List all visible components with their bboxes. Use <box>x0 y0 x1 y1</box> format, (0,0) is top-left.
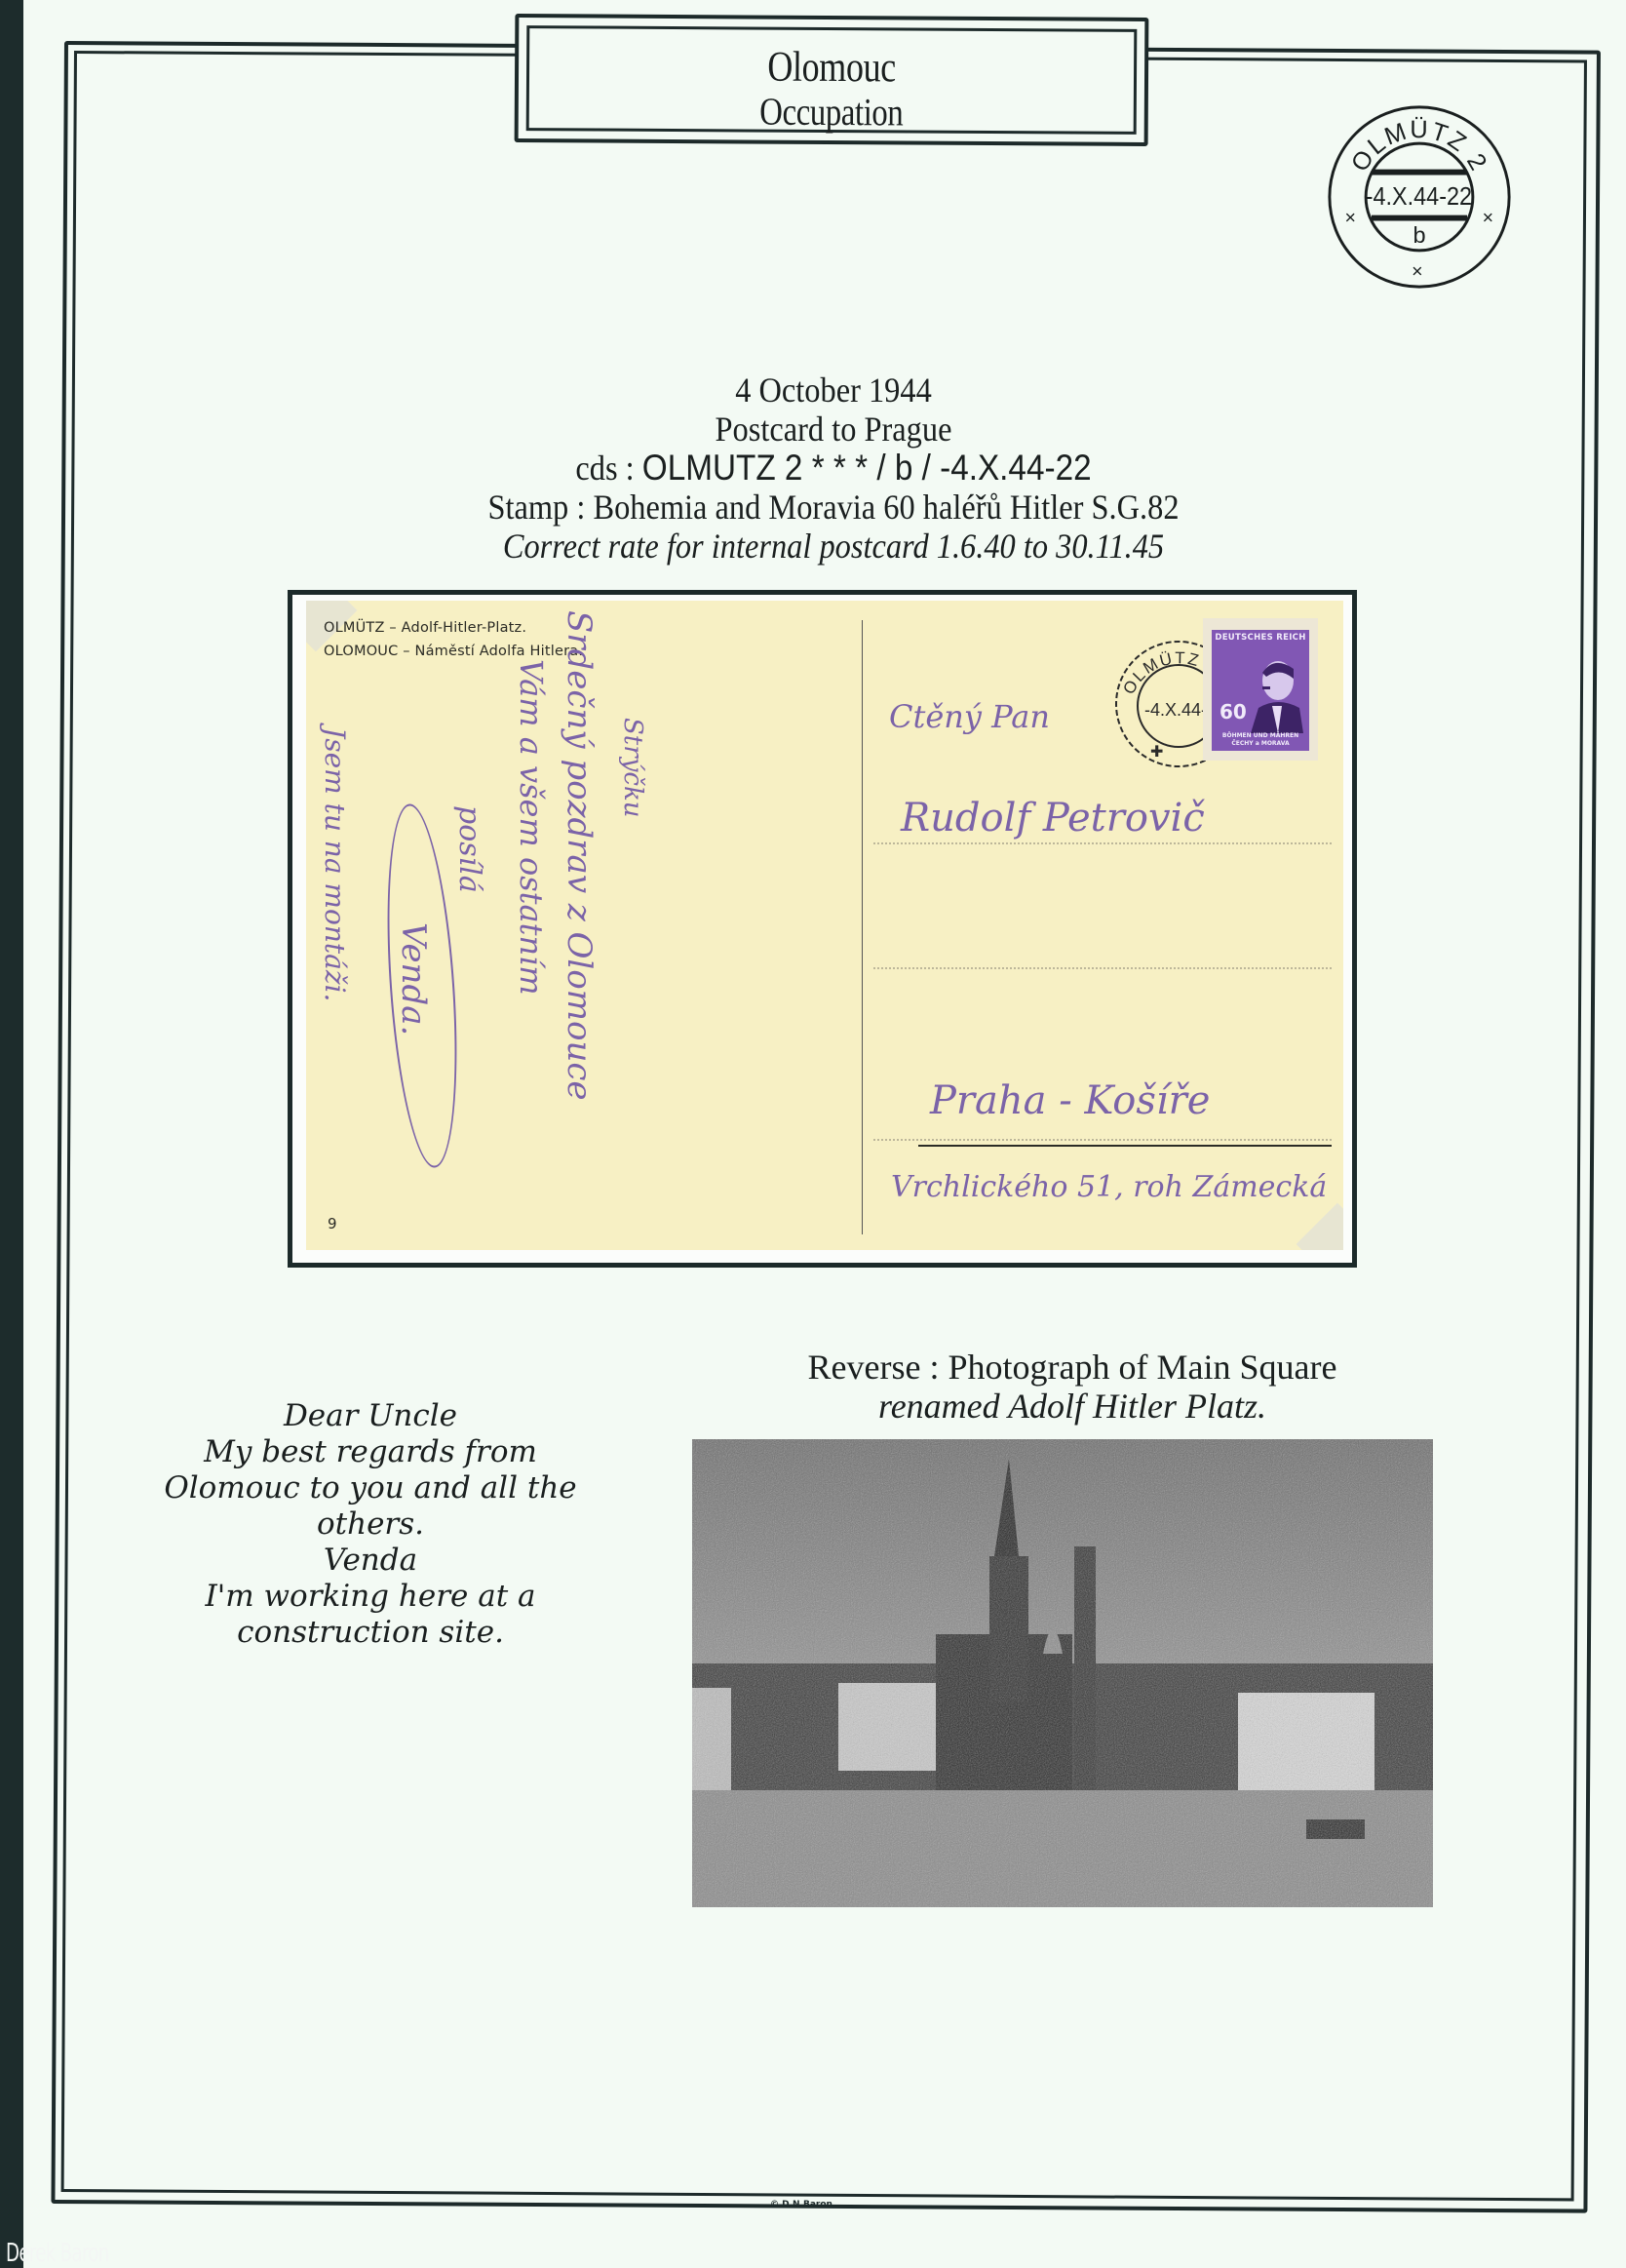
svg-text:×: × <box>1345 207 1356 228</box>
translation-line: Dear Uncle <box>97 1398 643 1434</box>
translation-line: Olomouc to you and all the <box>97 1470 643 1506</box>
translation-line: others. <box>97 1506 643 1543</box>
cover-date: 4 October 1944 <box>417 371 1251 410</box>
card-number: 9 <box>328 1215 337 1232</box>
postage-stamp: DEUTSCHES REICH 60 BÖHMEN UND MÄHREN ČEC… <box>1203 618 1318 761</box>
printed-caption-german: OLMÜTZ – Adolf-Hitler-Platz. <box>324 620 526 636</box>
address-salutation: Ctěný Pan <box>889 698 1050 735</box>
postmark-town: OLMÜTZ 2 <box>1346 116 1492 176</box>
postcard-mount: OLMÜTZ – Adolf-Hitler-Platz. OLOMOUC – N… <box>288 590 1357 1268</box>
cover-rate-note: Correct rate for internal postcard 1.6.4… <box>417 527 1251 566</box>
svg-text:×: × <box>1412 260 1422 282</box>
postmark-letter: b <box>1413 222 1425 248</box>
address-name: Rudolf Petrovič <box>901 796 1205 841</box>
title-box-inner: Olomouc Occupation <box>526 25 1138 135</box>
stamp-value: 60 <box>1219 700 1247 723</box>
address-city-underline <box>918 1145 1332 1147</box>
stamp-design: DEUTSCHES REICH 60 BÖHMEN UND MÄHREN ČEC… <box>1212 630 1309 751</box>
page-title: Olomouc <box>584 40 1080 93</box>
address-city: Praha - Košíře <box>930 1078 1210 1123</box>
scan-edge-strip <box>0 0 23 2268</box>
copyright: © D.N.Baron <box>770 2200 832 2209</box>
postcard: OLMÜTZ – Adolf-Hitler-Platz. OLOMOUC – N… <box>306 601 1343 1250</box>
address-line <box>873 967 1332 969</box>
message-line-4: posílá <box>452 805 486 893</box>
address-street: Vrchlického 51, roh Zámecká <box>891 1170 1327 1204</box>
reverse-subtitle: renamed Adolf Hitler Platz. <box>721 1387 1423 1426</box>
cds-label: cds : <box>575 449 634 488</box>
photo-corner <box>1297 1203 1343 1250</box>
translation-line: construction site. <box>97 1615 643 1651</box>
message-line-2: Vám a všem ostatním <box>513 659 550 996</box>
reverse-caption: Reverse : Photograph of Main Square rena… <box>721 1348 1423 1426</box>
svg-text:OLMÜTZ 2: OLMÜTZ 2 <box>1346 116 1492 176</box>
svg-text:×: × <box>1483 207 1493 228</box>
page-subtitle: Occupation <box>583 87 1079 136</box>
postmark-date: -4.X.44-22 <box>1366 183 1472 211</box>
cover-description: 4 October 1944 Postcard to Prague cds : … <box>370 371 1297 566</box>
svg-text:✚: ✚ <box>1150 744 1163 761</box>
cover-subject: Postcard to Prague <box>417 410 1251 449</box>
main-square-photograph <box>692 1439 1433 1907</box>
translation-line: My best regards from <box>97 1434 643 1470</box>
message-translation: Dear Uncle My best regards from Olomouc … <box>97 1398 643 1651</box>
cover-stamp-description: Stamp : Bohemia and Moravia 60 haléřů Hi… <box>417 488 1251 527</box>
printed-caption-czech: OLOMOUC – Náměstí Adolfa Hitlera. <box>324 644 583 659</box>
address-line <box>873 1139 1332 1141</box>
cds-value: OLMUTZ 2 * * * / b / -4.X.44-22 <box>642 448 1092 488</box>
translation-line: I'm working here at a <box>97 1579 643 1615</box>
portrait-icon <box>1245 651 1303 733</box>
reverse-title: Reverse : Photograph of Main Square <box>721 1348 1423 1387</box>
postcard-divider <box>862 620 863 1234</box>
cover-cds: cds : OLMUTZ 2 * * * / b / -4.X.44-22 <box>417 449 1251 488</box>
cds-postmark-illustration: OLMÜTZ 2 -4.X.44-22 b × × × <box>1324 101 1515 293</box>
watermark: Derek Baron <box>6 2239 109 2268</box>
stamp-country: DEUTSCHES REICH <box>1212 633 1309 643</box>
address-line <box>873 842 1332 844</box>
message-line-1: Srdečný pozdrav z Olomouce <box>560 610 599 1101</box>
message-line-6: Jsem tu na montáži. <box>319 727 351 1001</box>
translation-line: Venda <box>97 1543 643 1579</box>
stamp-inscription: BÖHMEN UND MÄHREN ČECHY a MORAVA <box>1212 732 1309 748</box>
message-line-3: Strýčku <box>618 718 647 817</box>
title-box: Olomouc Occupation <box>515 14 1149 146</box>
